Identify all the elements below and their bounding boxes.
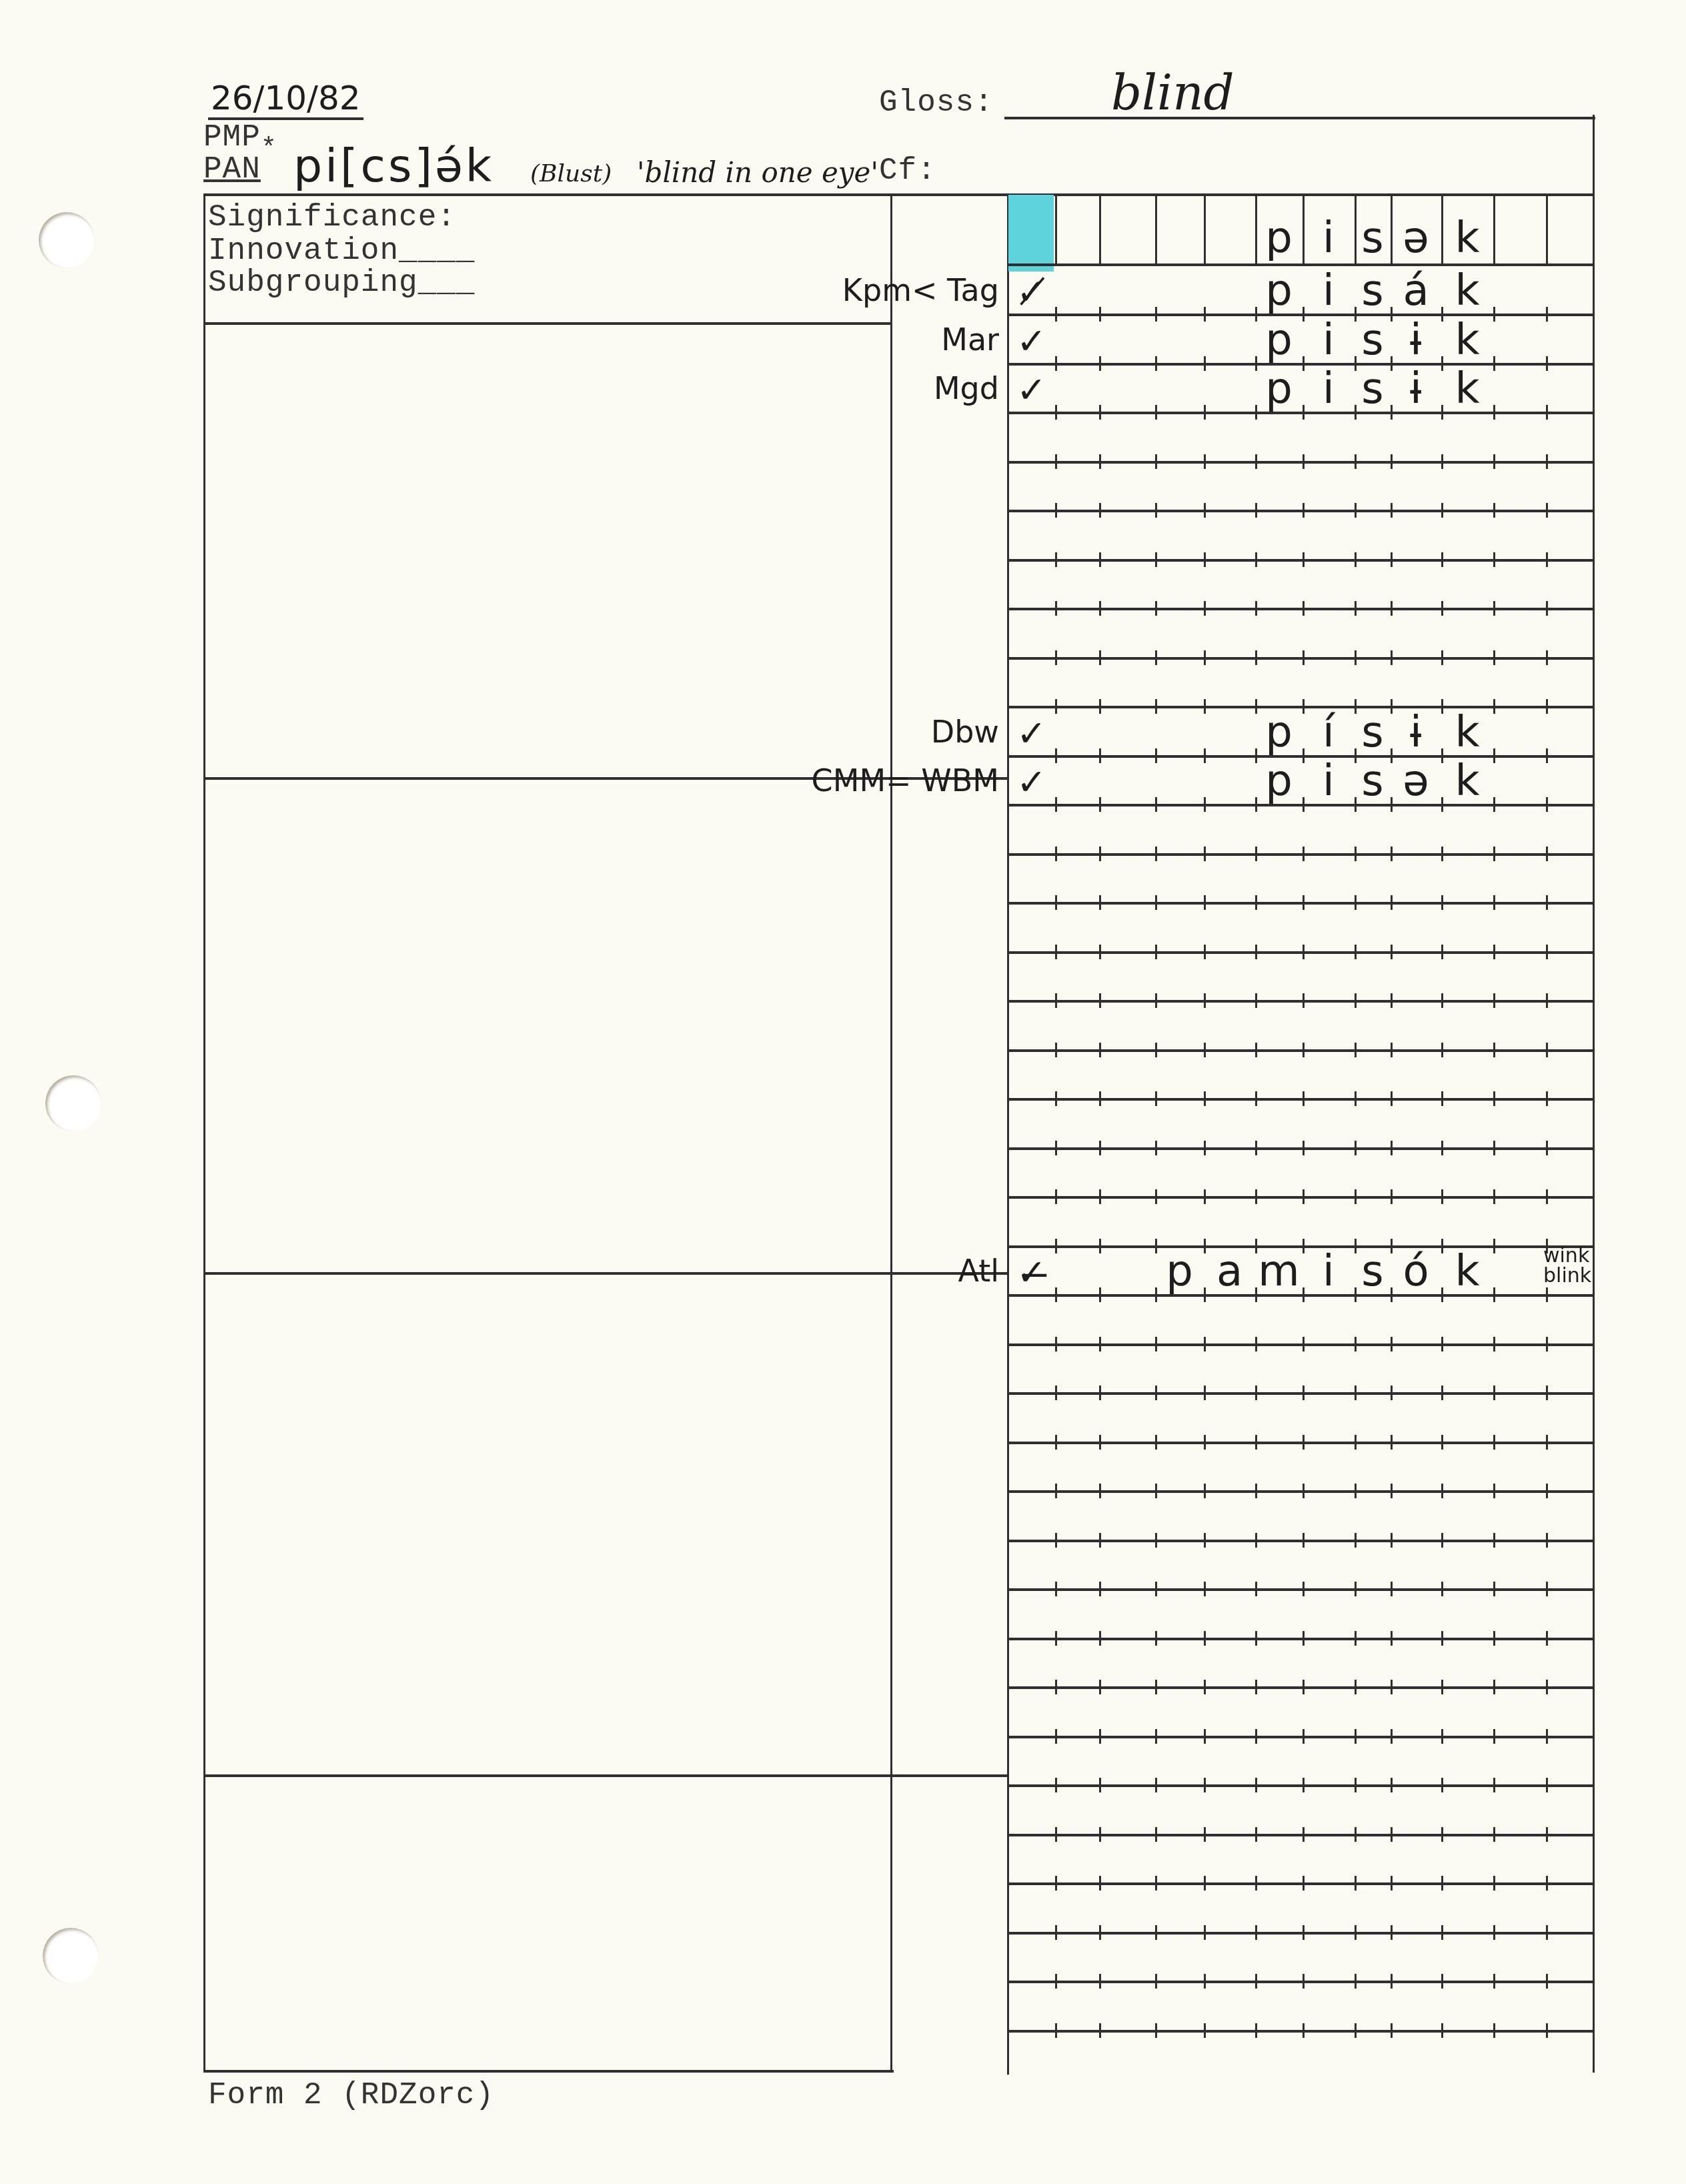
grid-tick — [1055, 993, 1057, 1008]
grid-tick — [1204, 1680, 1206, 1694]
grid-tick — [1303, 1729, 1305, 1744]
grid-tick — [1055, 1043, 1057, 1057]
entry-segment: k — [1444, 368, 1491, 410]
grid-tick — [1099, 1043, 1101, 1057]
check-mark-icon: ✓ — [1016, 712, 1046, 754]
grid-ruled-line — [1007, 1834, 1594, 1836]
grid-tick — [1155, 405, 1157, 420]
grid-tick — [1055, 1141, 1057, 1155]
check-mark-icon: ✓̶ — [1016, 1251, 1046, 1293]
grid-tick — [1055, 1435, 1057, 1450]
grid-tick — [1493, 1287, 1495, 1302]
grid-tick — [1155, 1435, 1157, 1450]
grid-ruled-line — [1007, 951, 1594, 954]
section-divider-4 — [203, 1774, 1009, 1777]
grid-tick — [1441, 552, 1443, 567]
grid-tick — [1303, 1189, 1305, 1204]
grid-tick — [1441, 405, 1443, 420]
grid-tick — [1355, 1435, 1357, 1450]
grid-tick — [1204, 356, 1206, 371]
grid-tick — [1303, 454, 1305, 469]
grid-tick — [1155, 847, 1157, 861]
grid-tick — [1055, 1582, 1057, 1596]
grid-tick — [1055, 1386, 1057, 1400]
grid-tick — [1055, 1189, 1057, 1204]
grid-tick — [1099, 1729, 1101, 1744]
header-cell-divider — [1204, 193, 1206, 263]
grid-tick — [1441, 1631, 1443, 1646]
grid-tick — [1303, 601, 1305, 616]
grid-ruled-line — [1007, 1049, 1594, 1052]
grid-tick — [1099, 650, 1101, 665]
grid-tick — [1546, 1043, 1548, 1057]
entry-segment: s — [1349, 760, 1396, 802]
grid-ruled-line — [1007, 1784, 1594, 1787]
grid-ruled-line — [1007, 1343, 1594, 1346]
header-cell-divider — [1441, 193, 1443, 263]
grid-tick — [1355, 1337, 1357, 1351]
grid-tick — [1155, 454, 1157, 469]
grid-ruled-line — [1007, 1638, 1594, 1640]
grid-ruled-line — [1007, 706, 1594, 708]
grid-tick — [1303, 356, 1305, 371]
grid-tick — [1493, 1631, 1495, 1646]
grid-tick — [1546, 1189, 1548, 1204]
grid-tick — [1391, 454, 1393, 469]
grid-tick — [1155, 1827, 1157, 1842]
grid-ruled-line — [1007, 1540, 1594, 1542]
grid-tick — [1099, 1778, 1101, 1792]
grid-tick — [1155, 1876, 1157, 1890]
grid-tick — [1546, 1729, 1548, 1744]
header-cell-divider — [1155, 193, 1157, 263]
frame-left-edge — [203, 193, 205, 2071]
grid-tick — [1303, 1435, 1305, 1450]
grid-tick — [1493, 405, 1495, 420]
grid-tick — [1255, 601, 1257, 616]
grid-tick — [1204, 748, 1206, 763]
grid-tick — [1204, 797, 1206, 812]
check-mark-icon: ✓ — [1016, 369, 1046, 411]
entry-segment: m — [1256, 1250, 1303, 1293]
subgrouping-field[interactable]: ___ — [418, 265, 476, 300]
grid-tick — [1355, 503, 1357, 518]
grid-tick — [1155, 1141, 1157, 1155]
entry-segment: k — [1444, 319, 1491, 362]
grid-tick — [1155, 1582, 1157, 1596]
grid-ruled-line — [1007, 755, 1594, 758]
grid-tick — [1155, 1091, 1157, 1106]
entry-segment: p — [1256, 368, 1303, 410]
grid-tick — [1255, 945, 1257, 959]
grid-tick — [1099, 1631, 1101, 1646]
grid-tick — [1493, 650, 1495, 665]
grid-tick — [1055, 895, 1057, 910]
grid-tick — [1099, 1827, 1101, 1842]
grid-ruled-line — [1007, 510, 1594, 512]
grid-tick — [1303, 552, 1305, 567]
grid-tick — [1303, 1827, 1305, 1842]
entry-segment: p — [1256, 269, 1303, 312]
grid-tick — [1155, 650, 1157, 665]
grid-tick — [1055, 552, 1057, 567]
grid-tick — [1391, 1533, 1393, 1548]
grid-tick — [1441, 454, 1443, 469]
grid-tick — [1155, 503, 1157, 518]
grid-tick — [1355, 847, 1357, 861]
grid-tick — [1255, 552, 1257, 567]
language-label: Atl — [958, 1253, 999, 1289]
grid-tick — [1441, 1337, 1443, 1351]
grid-ruled-line — [1007, 363, 1594, 366]
grid-tick — [1204, 1778, 1206, 1792]
grid-tick — [1355, 1680, 1357, 1694]
grid-tick — [1255, 1141, 1257, 1155]
grid-tick — [1391, 1925, 1393, 1940]
grid-tick — [1155, 895, 1157, 910]
grid-tick — [1099, 2023, 1101, 2038]
grid-ruled-line — [1007, 1442, 1594, 1444]
grid-tick — [1355, 454, 1357, 469]
grid-tick — [1303, 847, 1305, 861]
grid-tick — [1493, 1974, 1495, 1989]
grid-tick — [1255, 1876, 1257, 1890]
grid-tick — [1546, 1484, 1548, 1498]
grid-tick — [1204, 1876, 1206, 1890]
grid-tick — [1204, 307, 1206, 322]
cf-label: Cf: — [879, 153, 936, 188]
gloss-label: Gloss: — [879, 85, 994, 120]
header-segment: p — [1256, 217, 1303, 259]
grid-tick — [1055, 1778, 1057, 1792]
entry-segment: i — [1305, 368, 1352, 410]
proto-source: (Blust) — [530, 160, 612, 187]
grid-tick — [1303, 1239, 1305, 1253]
grid-ruled-line — [1007, 559, 1594, 562]
grid-tick — [1546, 650, 1548, 665]
grid-tick — [1303, 895, 1305, 910]
grid-tick — [1255, 1435, 1257, 1450]
grid-tick — [1055, 1974, 1057, 1989]
grid-tick — [1255, 503, 1257, 518]
grid-tick — [1255, 1189, 1257, 1204]
grid-tick — [1204, 699, 1206, 714]
entry-segment: i — [1305, 1250, 1352, 1293]
punch-hole-middle — [45, 1075, 101, 1131]
grid-tick — [1204, 1091, 1206, 1106]
grid-tick — [1546, 503, 1548, 518]
grid-tick — [1493, 454, 1495, 469]
grid-tick — [1255, 1925, 1257, 1940]
grid-tick — [1355, 1729, 1357, 1744]
grid-tick — [1055, 503, 1057, 518]
grid-tick — [1493, 1876, 1495, 1890]
header-bottom-line — [1007, 263, 1594, 266]
grid-tick — [1155, 1631, 1157, 1646]
grid-tick — [1303, 748, 1305, 763]
check-mark-icon: ✓ — [1016, 761, 1046, 803]
grid-tick — [1441, 307, 1443, 322]
grid-tick — [1099, 1141, 1101, 1155]
grid-tick — [1546, 699, 1548, 714]
grid-tick — [1493, 601, 1495, 616]
grid-tick — [1441, 356, 1443, 371]
grid-ruled-line — [1007, 1000, 1594, 1003]
grid-tick — [1204, 601, 1206, 616]
entry-segment: ə — [1393, 760, 1439, 802]
grid-tick — [1303, 307, 1305, 322]
grid-tick — [1355, 1582, 1357, 1596]
grid-tick — [1055, 1729, 1057, 1744]
grid-tick — [1391, 1386, 1393, 1400]
grid-tick — [1441, 601, 1443, 616]
grid-tick — [1355, 1484, 1357, 1498]
grid-tick — [1303, 2023, 1305, 2038]
grid-tick — [1493, 307, 1495, 322]
entry-segment: ɨ — [1393, 368, 1439, 410]
grid-tick — [1493, 1189, 1495, 1204]
grid-tick — [1255, 1631, 1257, 1646]
entry-segment: i — [1305, 319, 1352, 362]
grid-tick — [1204, 993, 1206, 1008]
grid-tick — [1099, 945, 1101, 959]
grid-tick — [1546, 1386, 1548, 1400]
grid-tick — [1204, 503, 1206, 518]
grid-tick — [1255, 1337, 1257, 1351]
grid-tick — [1546, 1925, 1548, 1940]
header-cell-divider — [1493, 193, 1495, 263]
grid-tick — [1441, 1925, 1443, 1940]
grid-tick — [1391, 552, 1393, 567]
grid-tick — [1441, 847, 1443, 861]
grid-tick — [1099, 454, 1101, 469]
section-divider-3 — [203, 1272, 1009, 1275]
grid-tick — [1055, 1680, 1057, 1694]
grid-tick — [1546, 847, 1548, 861]
entry-segment: k — [1444, 1250, 1491, 1293]
grid-ruled-line — [1007, 1294, 1594, 1297]
header-cell-divider — [1546, 193, 1548, 263]
grid-tick — [1546, 307, 1548, 322]
grid-ruled-line — [1007, 1147, 1594, 1150]
grid-tick — [1441, 945, 1443, 959]
grid-tick — [1546, 552, 1548, 567]
gloss-value: blind — [1111, 65, 1234, 121]
grid-tick — [1546, 2023, 1548, 2038]
grid-tick — [1055, 307, 1057, 322]
grid-tick — [1099, 1484, 1101, 1498]
grid-tick — [1303, 1043, 1305, 1057]
grid-tick — [1441, 1484, 1443, 1498]
grid-tick — [1099, 797, 1101, 812]
entry-segment: s — [1349, 711, 1396, 754]
grid-ruled-line — [1007, 853, 1594, 856]
grid-tick — [1155, 699, 1157, 714]
grid-tick — [1441, 1189, 1443, 1204]
grid-tick — [1303, 1974, 1305, 1989]
grid-tick — [1391, 1141, 1393, 1155]
grid-tick — [1099, 1287, 1101, 1302]
grid-tick — [1155, 748, 1157, 763]
grid-ruled-line — [1007, 657, 1594, 660]
grid-tick — [1391, 1876, 1393, 1890]
grid-tick — [1099, 1435, 1101, 1450]
grid-tick — [1546, 1778, 1548, 1792]
grid-tick — [1391, 1974, 1393, 1989]
entry-segment: i — [1305, 760, 1352, 802]
grid-tick — [1155, 2023, 1157, 2038]
grid-tick — [1204, 650, 1206, 665]
grid-tick — [1099, 1582, 1101, 1596]
entry-segment: p — [1256, 711, 1303, 754]
grid-tick — [1204, 1484, 1206, 1498]
grid-tick — [1204, 1729, 1206, 1744]
grid-tick — [1255, 650, 1257, 665]
grid-tick — [1155, 356, 1157, 371]
grid-tick — [1441, 1729, 1443, 1744]
header-cell-divider — [1055, 193, 1057, 263]
grid-ruled-line — [1007, 1686, 1594, 1689]
grid-tick — [1493, 1827, 1495, 1842]
grid-ruled-line — [1007, 1098, 1594, 1101]
grid-tick — [1099, 1876, 1101, 1890]
grid-tick — [1441, 1091, 1443, 1106]
grid-tick — [1204, 405, 1206, 420]
entry-segment: í — [1305, 711, 1352, 754]
grid-tick — [1099, 503, 1101, 518]
grid-ruled-line — [1007, 608, 1594, 610]
innovation-field[interactable]: ____ — [399, 233, 475, 268]
grid-ruled-line — [1007, 1490, 1594, 1493]
grid-tick — [1099, 1386, 1101, 1400]
grid-tick — [1391, 1631, 1393, 1646]
grid-tick — [1303, 1287, 1305, 1302]
grid-tick — [1493, 1435, 1495, 1450]
grid-tick — [1441, 1043, 1443, 1057]
grid-tick — [1055, 601, 1057, 616]
grid-tick — [1099, 1189, 1101, 1204]
grid-tick — [1441, 1239, 1443, 1253]
entry-segment: ɨ — [1393, 319, 1439, 362]
grid-tick — [1441, 1876, 1443, 1890]
grid-tick — [1391, 993, 1393, 1008]
grid-tick — [1204, 1189, 1206, 1204]
segment-grid: pisəkKpm< Tag✓̸pisákMar✓pisɨkMgd✓pisɨkDb… — [1007, 193, 1594, 2075]
grid-tick — [1355, 601, 1357, 616]
subgrouping-label: Subgrouping — [208, 265, 418, 300]
grid-tick — [1355, 1043, 1357, 1057]
grid-tick — [1355, 1533, 1357, 1548]
entry-segment: k — [1444, 711, 1491, 754]
grid-ruled-line — [1007, 1245, 1594, 1248]
grid-tick — [1204, 1533, 1206, 1548]
header-segment: k — [1444, 217, 1491, 259]
grid-tick — [1546, 405, 1548, 420]
grid-tick — [1155, 1386, 1157, 1400]
grid-tick — [1441, 748, 1443, 763]
grid-ruled-line — [1007, 804, 1594, 806]
grid-tick — [1099, 1974, 1101, 1989]
grid-tick — [1155, 945, 1157, 959]
grid-tick — [1255, 1484, 1257, 1498]
section-divider-1 — [203, 322, 890, 325]
grid-tick — [1546, 1141, 1548, 1155]
entry-segment: p — [1156, 1250, 1203, 1293]
grid-tick — [1055, 1337, 1057, 1351]
grid-tick — [1099, 847, 1101, 861]
grid-tick — [1391, 1043, 1393, 1057]
grid-tick — [1441, 1974, 1443, 1989]
grid-tick — [1204, 2023, 1206, 2038]
grid-tick — [1255, 1582, 1257, 1596]
grid-ruled-line — [1007, 902, 1594, 905]
grid-tick — [1441, 1778, 1443, 1792]
grid-tick — [1055, 405, 1057, 420]
grid-tick — [1303, 1091, 1305, 1106]
grid-tick — [1255, 1729, 1257, 1744]
grid-tick — [1055, 1876, 1057, 1890]
header-cell-divider — [1303, 193, 1305, 263]
grid-tick — [1055, 1287, 1057, 1302]
grid-tick — [1493, 503, 1495, 518]
grid-tick — [1099, 356, 1101, 371]
grid-tick — [1493, 1239, 1495, 1253]
grid-tick — [1155, 797, 1157, 812]
grid-tick — [1099, 895, 1101, 910]
grid-tick — [1391, 1827, 1393, 1842]
grid-tick — [1204, 552, 1206, 567]
grid-tick — [1546, 993, 1548, 1008]
grid-tick — [1493, 2023, 1495, 2038]
grid-tick — [1546, 1582, 1548, 1596]
grid-tick — [1441, 1386, 1443, 1400]
grid-tick — [1493, 748, 1495, 763]
subgrouping-row: Subgrouping___ — [208, 265, 475, 300]
grid-ruled-line — [1007, 1981, 1594, 1983]
pan-label: PAN — [203, 152, 261, 187]
entry-note: winkblink — [1543, 1246, 1591, 1286]
grid-tick — [1303, 1876, 1305, 1890]
grid-tick — [1255, 2023, 1257, 2038]
grid-tick — [1155, 1680, 1157, 1694]
date: 26/10/82 — [208, 79, 363, 120]
grid-tick — [1441, 1533, 1443, 1548]
grid-tick — [1255, 1043, 1257, 1057]
gloss-field[interactable]: blind — [1004, 70, 1595, 119]
entry-segment: k — [1444, 760, 1491, 802]
grid-tick — [1546, 1337, 1548, 1351]
grid-tick — [1155, 1974, 1157, 1989]
grid-tick — [1099, 601, 1101, 616]
grid-tick — [1546, 1533, 1548, 1548]
grid-tick — [1493, 1043, 1495, 1057]
grid-tick — [1303, 1141, 1305, 1155]
grid-tick — [1204, 1974, 1206, 1989]
header-segment: i — [1305, 217, 1352, 259]
grid-tick — [1155, 1778, 1157, 1792]
grid-tick — [1204, 1582, 1206, 1596]
grid-tick — [1441, 2023, 1443, 2038]
grid-tick — [1391, 1091, 1393, 1106]
grid-tick — [1391, 1582, 1393, 1596]
grid-tick — [1099, 993, 1101, 1008]
grid-tick — [1441, 650, 1443, 665]
grid-tick — [1255, 1778, 1257, 1792]
grid-ruled-line — [1007, 2030, 1594, 2033]
grid-tick — [1099, 1925, 1101, 1940]
grid-tick — [1055, 945, 1057, 959]
grid-tick — [1493, 356, 1495, 371]
